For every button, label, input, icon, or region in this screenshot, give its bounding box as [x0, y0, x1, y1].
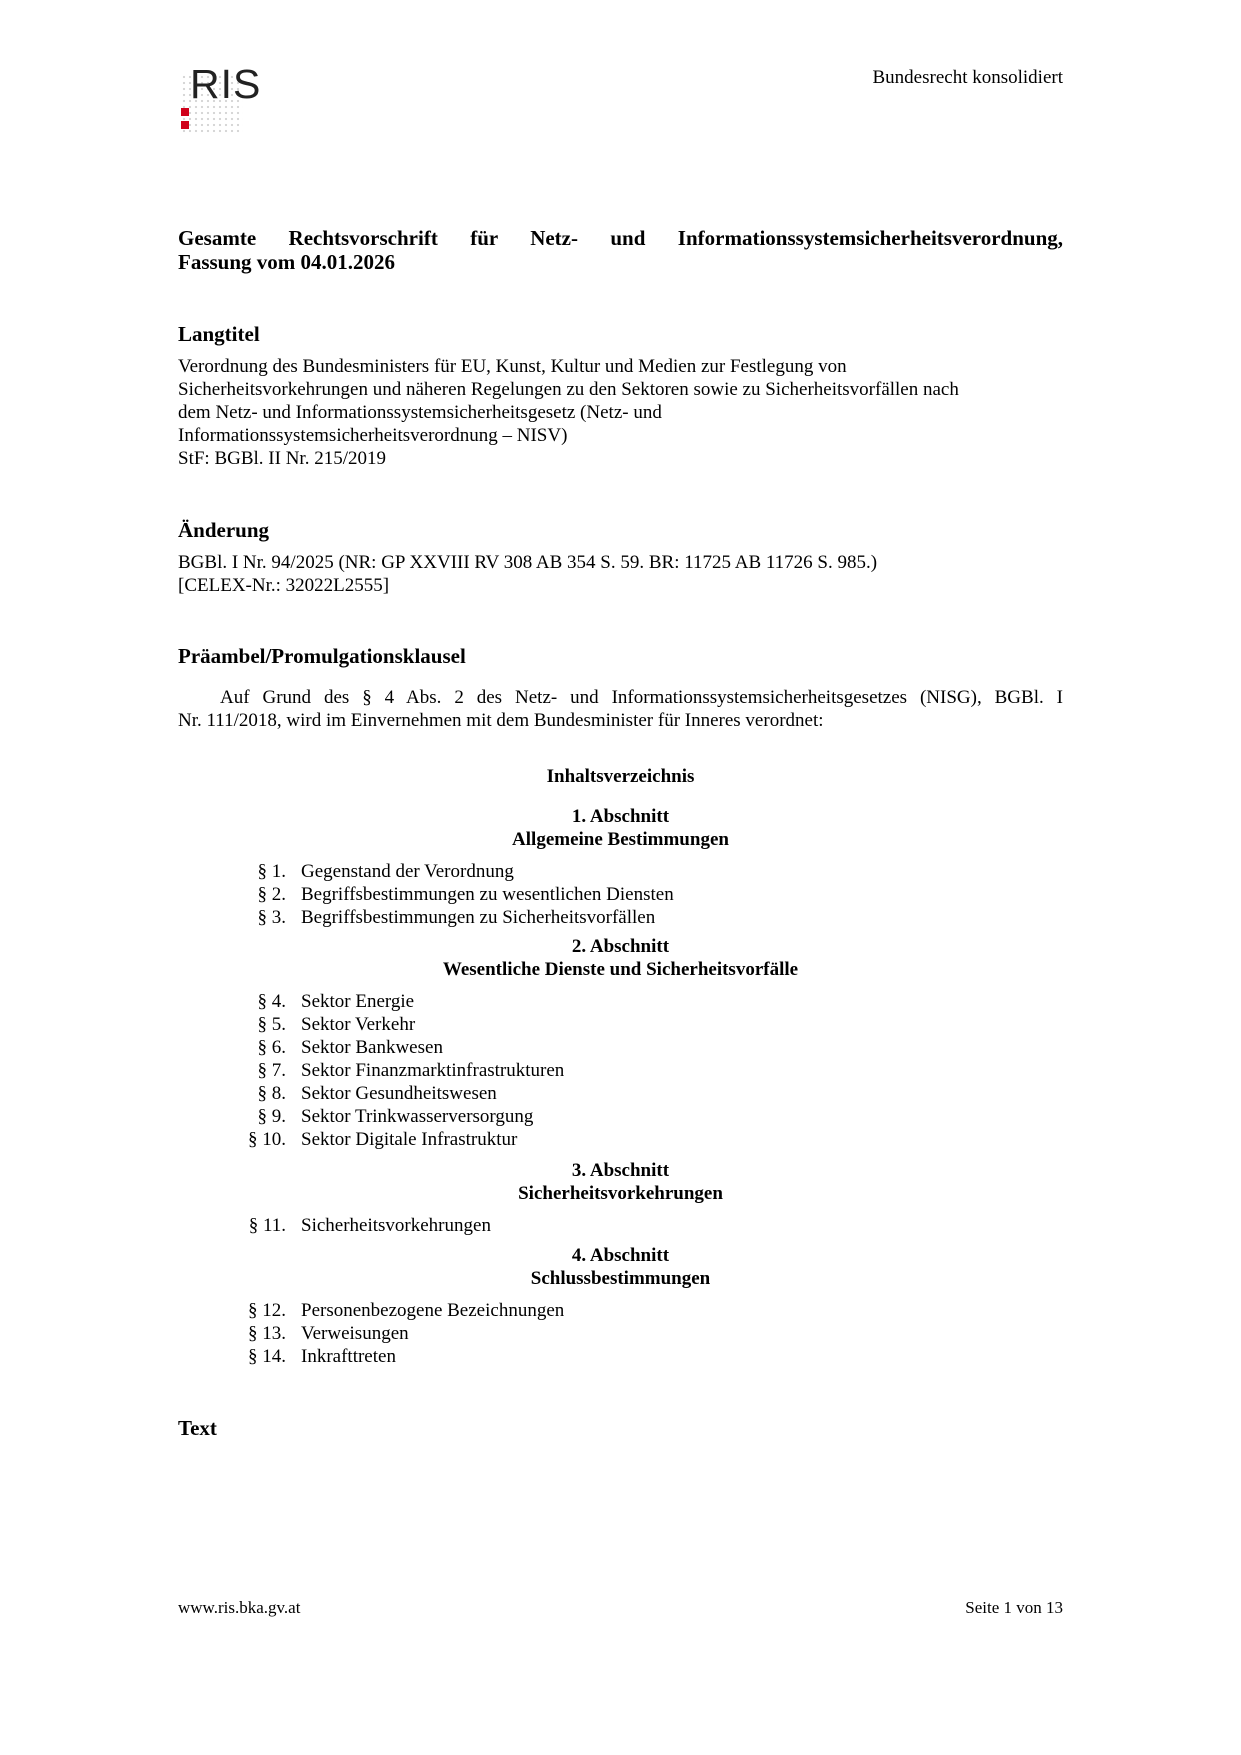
toc-section-title: Allgemeine Bestimmungen [178, 828, 1063, 851]
praeambel-line-1: Auf Grund des § 4 Abs. 2 des Netz- und I… [178, 686, 1063, 709]
toc-entry-number: § 3. [258, 906, 287, 929]
title-line-1: Gesamte Rechtsvorschrift für Netz- und I… [178, 226, 1063, 250]
toc-entry-number: § 1. [258, 860, 287, 883]
celex-reference: [CELEX-Nr.: 32022L2555] [178, 574, 1063, 597]
langtitel-line: dem Netz- und Informationssystemsicherhe… [178, 401, 1063, 424]
toc-section-title: Sicherheitsvorkehrungen [178, 1182, 1063, 1205]
toc-entry[interactable]: § 7.Sektor Finanzmarktinfrastrukturen [178, 1059, 1063, 1082]
aenderung-body: BGBl. I Nr. 94/2025 (NR: GP XXVIII RV 30… [178, 551, 1063, 597]
logo-red-square-icon [181, 121, 189, 129]
ris-logo: RIS [178, 62, 268, 134]
toc-entry[interactable]: § 13.Verweisungen [178, 1322, 1063, 1345]
langtitel-body: Verordnung des Bundesministers für EU, K… [178, 355, 1063, 470]
title-line-2: Fassung vom 04.01.2026 [178, 250, 395, 274]
page-number: Seite 1 von 13 [965, 1598, 1063, 1618]
toc-entry-title: Sektor Energie [301, 990, 414, 1013]
toc-entry-title: Inkrafttreten [301, 1345, 396, 1368]
langtitel-line: Informationssystemsicherheitsverordnung … [178, 424, 1063, 447]
toc-entry-title: Sektor Finanzmarktinfrastrukturen [301, 1059, 564, 1082]
toc-entry-title: Begriffsbestimmungen zu wesentlichen Die… [301, 883, 674, 906]
footer-website-link[interactable]: www.ris.bka.gv.at [178, 1598, 300, 1618]
toc-entry-title: Begriffsbestimmungen zu Sicherheitsvorfä… [301, 906, 655, 929]
toc-entry[interactable]: § 14.Inkrafttreten [178, 1345, 1063, 1368]
toc-entry[interactable]: § 5.Sektor Verkehr [178, 1013, 1063, 1036]
toc-entry-title: Sektor Trinkwasserversorgung [301, 1105, 533, 1128]
toc-section-title: Schlussbestimmungen [178, 1267, 1063, 1290]
toc-entry-title: Sicherheitsvorkehrungen [301, 1214, 491, 1237]
toc-entry-number: § 14. [248, 1345, 286, 1368]
praeambel-line-2: Nr. 111/2018, wird im Einvernehmen mit d… [178, 709, 1063, 732]
text-heading: Text [178, 1416, 1063, 1440]
toc-entry-number: § 13. [248, 1322, 286, 1345]
toc-entry-title: Gegenstand der Verordnung [301, 860, 514, 883]
toc-entry-number: § 10. [248, 1128, 286, 1151]
toc-entry-number: § 8. [258, 1082, 287, 1105]
toc-entry[interactable]: § 8.Sektor Gesundheitswesen [178, 1082, 1063, 1105]
toc-entry-title: Sektor Gesundheitswesen [301, 1082, 497, 1105]
praeambel-body: Auf Grund des § 4 Abs. 2 des Netz- und I… [178, 686, 1063, 732]
toc-entry-number: § 7. [258, 1059, 287, 1082]
toc-entry-number: § 5. [258, 1013, 287, 1036]
toc-entry-title: Sektor Digitale Infrastruktur [301, 1128, 517, 1151]
toc-entry[interactable]: § 2.Begriffsbestimmungen zu wesentlichen… [178, 883, 1063, 906]
toc-entry-title: Personenbezogene Bezeichnungen [301, 1299, 564, 1322]
toc-section-label: 2. Abschnitt [178, 935, 1063, 958]
langtitel-heading: Langtitel [178, 322, 1063, 346]
toc-entry[interactable]: § 11.Sicherheitsvorkehrungen [178, 1214, 1063, 1237]
toc-entry-title: Sektor Bankwesen [301, 1036, 443, 1059]
toc-entry[interactable]: § 9.Sektor Trinkwasserversorgung [178, 1105, 1063, 1128]
logo-red-square-icon [181, 108, 189, 116]
toc-entry-number: § 4. [258, 990, 287, 1013]
toc-entry-title: Verweisungen [301, 1322, 409, 1345]
toc-section-label: 3. Abschnitt [178, 1159, 1063, 1182]
toc-entry-number: § 9. [258, 1105, 287, 1128]
toc-section-label: 1. Abschnitt [178, 805, 1063, 828]
toc-entry[interactable]: § 1.Gegenstand der Verordnung [178, 860, 1063, 883]
langtitel-line: Verordnung des Bundesministers für EU, K… [178, 355, 1063, 378]
toc-entry-number: § 11. [249, 1214, 286, 1237]
aenderung-line: BGBl. I Nr. 94/2025 (NR: GP XXVIII RV 30… [178, 551, 1063, 574]
stf-reference: StF: BGBl. II Nr. 215/2019 [178, 447, 1063, 470]
document-title: Gesamte Rechtsvorschrift für Netz- und I… [178, 226, 1063, 274]
toc-entry[interactable]: § 10.Sektor Digitale Infrastruktur [178, 1128, 1063, 1151]
header-label: Bundesrecht konsolidiert [873, 67, 1064, 89]
toc-entry[interactable]: § 6.Sektor Bankwesen [178, 1036, 1063, 1059]
langtitel-line: Sicherheitsvorkehrungen und näheren Rege… [178, 378, 1063, 401]
toc-entry[interactable]: § 12.Personenbezogene Bezeichnungen [178, 1299, 1063, 1322]
toc-section-title: Wesentliche Dienste und Sicherheitsvorfä… [178, 958, 1063, 981]
toc-section-label: 4. Abschnitt [178, 1244, 1063, 1267]
toc-entry-number: § 2. [258, 883, 287, 906]
toc-entry[interactable]: § 4.Sektor Energie [178, 990, 1063, 1013]
toc-heading: Inhaltsverzeichnis [178, 765, 1063, 788]
toc-entry[interactable]: § 3.Begriffsbestimmungen zu Sicherheitsv… [178, 906, 1063, 929]
toc-entry-title: Sektor Verkehr [301, 1013, 415, 1036]
logo-text: RIS [190, 62, 261, 106]
toc-entry-number: § 12. [248, 1299, 286, 1322]
aenderung-heading: Änderung [178, 518, 1063, 542]
praeambel-heading: Präambel/Promulgationsklausel [178, 644, 1063, 668]
toc-entry-number: § 6. [258, 1036, 287, 1059]
